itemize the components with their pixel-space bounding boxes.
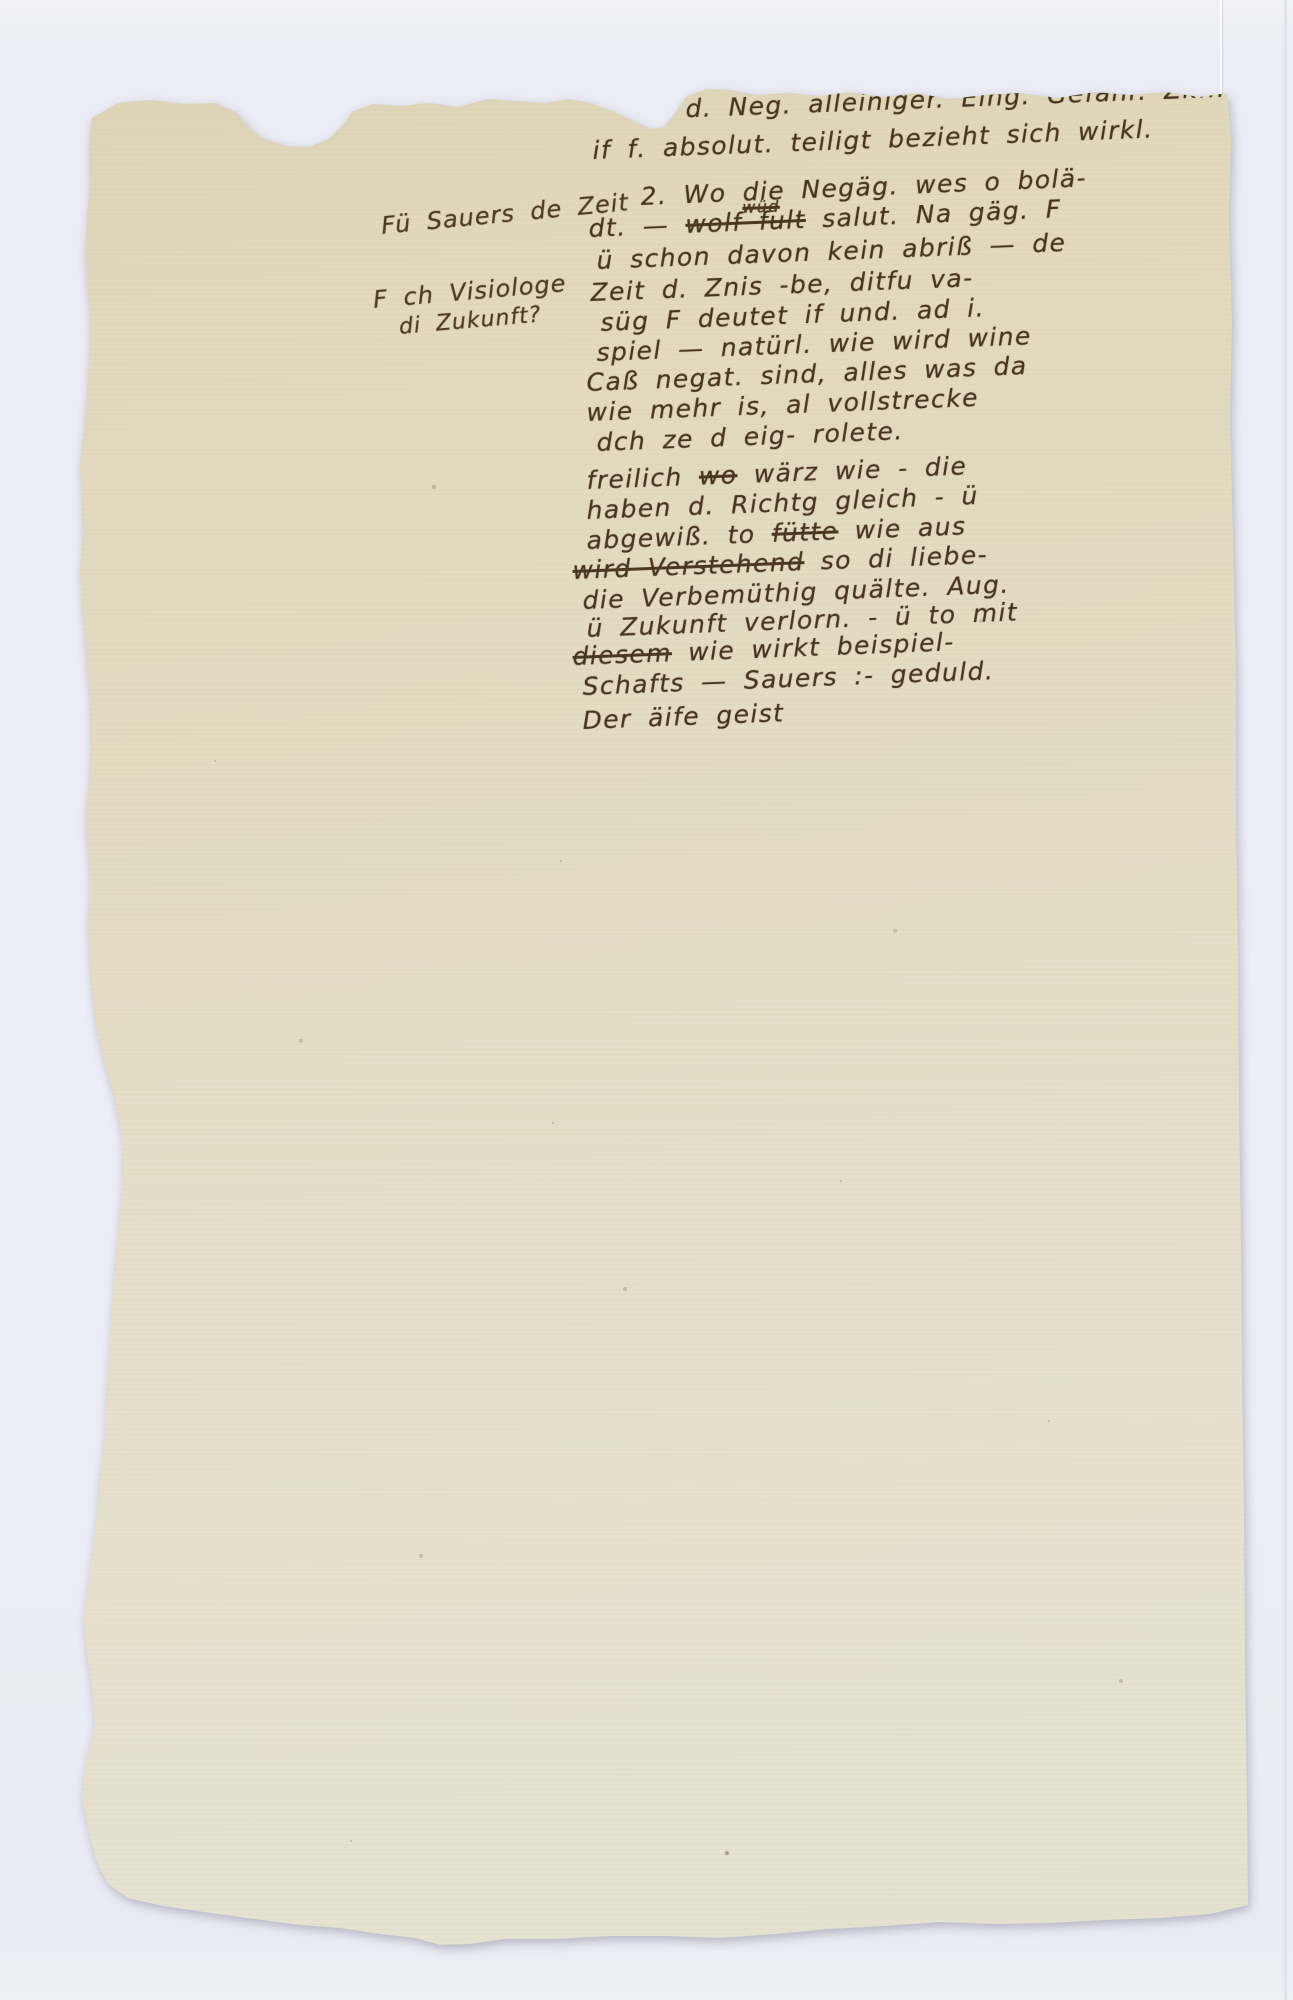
handwritten-text: if f. absolut. teiligt bezieht sich wirk… bbox=[592, 114, 1154, 165]
struck-handwritten-word: diesem bbox=[572, 638, 672, 671]
handwritten-line: Schafts — Sauers :- geduld. bbox=[582, 656, 995, 701]
handwritten-text: Negäg. bbox=[801, 171, 900, 204]
handwritten-line: abgewiß. to fütte wie aus bbox=[586, 511, 967, 555]
handwritten-text: so di liebe- bbox=[804, 540, 989, 576]
paper-sheet: Fü Sauers de ZeitF ch Visiologedi Zukunf… bbox=[0, 0, 1293, 2000]
handwritten-text: wie aus bbox=[838, 511, 967, 545]
handwritten-text: süg F deutet if und. ad i. bbox=[600, 293, 985, 337]
handwritten-line: diesem wie wirkt beispiel- bbox=[572, 627, 955, 671]
handwritten-line: süg F deutet if und. ad i. bbox=[600, 293, 985, 337]
handwritten-text: salut. Na gäg. F bbox=[805, 194, 1062, 234]
handwritten-text: Zeit d. Znis -be, ditfu va- bbox=[590, 263, 974, 307]
handwritten-line: ü schon davon kein abriß — de bbox=[596, 228, 1067, 275]
handwritten-text: dch ze d eig- rolete. bbox=[596, 416, 904, 457]
handwritten-text: 1. d. Neg. alleiniger. Eing. Gefahr. Zkf… bbox=[642, 74, 1227, 125]
handwritten-line: dt. — wolf fult salut. Na gäg. F bbox=[588, 194, 1062, 243]
handwritten-text: wie mehr is, al vollstrecke bbox=[586, 383, 979, 427]
handwritten-text: haben d. Richtg gleich - ü bbox=[586, 481, 979, 525]
handwritten-text: wie wirkt beispiel- bbox=[671, 627, 955, 667]
handwritten-line: freilich wo wärz wie - die bbox=[586, 451, 968, 495]
handwritten-line: dch ze d eig- rolete. bbox=[596, 416, 904, 457]
handwritten-text: — de bbox=[973, 228, 1067, 261]
margin-annotation-line: di Zukunft? bbox=[398, 303, 542, 340]
handwritten-line: 1. d. Neg. alleiniger. Eing. Gefahr. Zkf… bbox=[642, 74, 1227, 125]
handwritten-line: haben d. Richtg gleich - ü bbox=[586, 481, 979, 525]
handwritten-text: wes o bolä- bbox=[898, 163, 1087, 200]
handwritten-line: die Verbemüthig quälte. Aug. bbox=[582, 570, 1010, 615]
margin-annotation-line: F ch Visiologe bbox=[372, 269, 567, 314]
handwritten-text: dt. — bbox=[588, 210, 686, 243]
paper-shadow-wrap: Fü Sauers de ZeitF ch Visiologedi Zukunf… bbox=[0, 0, 1293, 2000]
handwritten-line: Der äife geist bbox=[582, 698, 785, 735]
handwritten-text: F ch Visiologe bbox=[372, 269, 567, 314]
handwritten-text: Schafts — Sauers :- geduld. bbox=[582, 656, 995, 701]
handwritten-line: Zeit d. Znis -be, ditfu va- bbox=[590, 263, 974, 307]
struck-handwritten-word: wolf fult bbox=[685, 205, 807, 239]
handwritten-text: wärz wie - die bbox=[737, 451, 968, 489]
handwritten-text: abriß bbox=[902, 232, 974, 264]
struck-handwritten-word: wo bbox=[698, 460, 738, 490]
handwritten-line: Caß negat. sind, alles was da bbox=[586, 351, 1028, 397]
handwritten-text: Fü Sauers de Zeit bbox=[380, 188, 630, 240]
handwritten-text: ü Zukunft verlorn. - ü to mit bbox=[586, 597, 1018, 643]
struck-handwritten-word: wird Verstehend bbox=[572, 547, 805, 585]
margin-annotation-line: Fü Sauers de Zeit bbox=[380, 188, 630, 240]
handwritten-line: spiel — natürl. wie wird wine bbox=[596, 321, 1032, 367]
handwritten-line: if f. absolut. teiligt bezieht sich wirk… bbox=[592, 114, 1154, 165]
struck-handwritten-word: fütte bbox=[771, 516, 839, 548]
handwritten-text: spiel — natürl. wie wird wine bbox=[596, 321, 1032, 367]
paper-fibre-specks bbox=[0, 0, 2, 2]
handwritten-text: ü schon davon kein bbox=[596, 234, 903, 275]
handwritten-line: wüd bbox=[742, 197, 780, 217]
handwritten-text: 2. Wo die bbox=[640, 175, 802, 211]
handwritten-text: die Verbemüthig quälte. Aug. bbox=[582, 570, 1010, 615]
handwritten-text: freilich bbox=[586, 462, 699, 495]
scan-background: Fü Sauers de ZeitF ch Visiologedi Zukunf… bbox=[0, 0, 1293, 2000]
handwritten-text: Caß negat. sind, alles was da bbox=[586, 351, 1028, 397]
handwritten-text: di Zukunft? bbox=[398, 303, 542, 340]
struck-handwritten-word: wüd bbox=[742, 197, 780, 217]
handwritten-line: wie mehr is, al vollstrecke bbox=[586, 383, 979, 427]
handwritten-text: abgewiß. to bbox=[586, 519, 772, 555]
handwritten-line: 2. Wo die Negäg. wes o bolä- bbox=[640, 163, 1087, 211]
handwritten-text: Der äife geist bbox=[582, 698, 785, 735]
handwritten-line: ü Zukunft verlorn. - ü to mit bbox=[586, 597, 1018, 643]
handwritten-line: wird Verstehend so di liebe- bbox=[572, 540, 988, 585]
